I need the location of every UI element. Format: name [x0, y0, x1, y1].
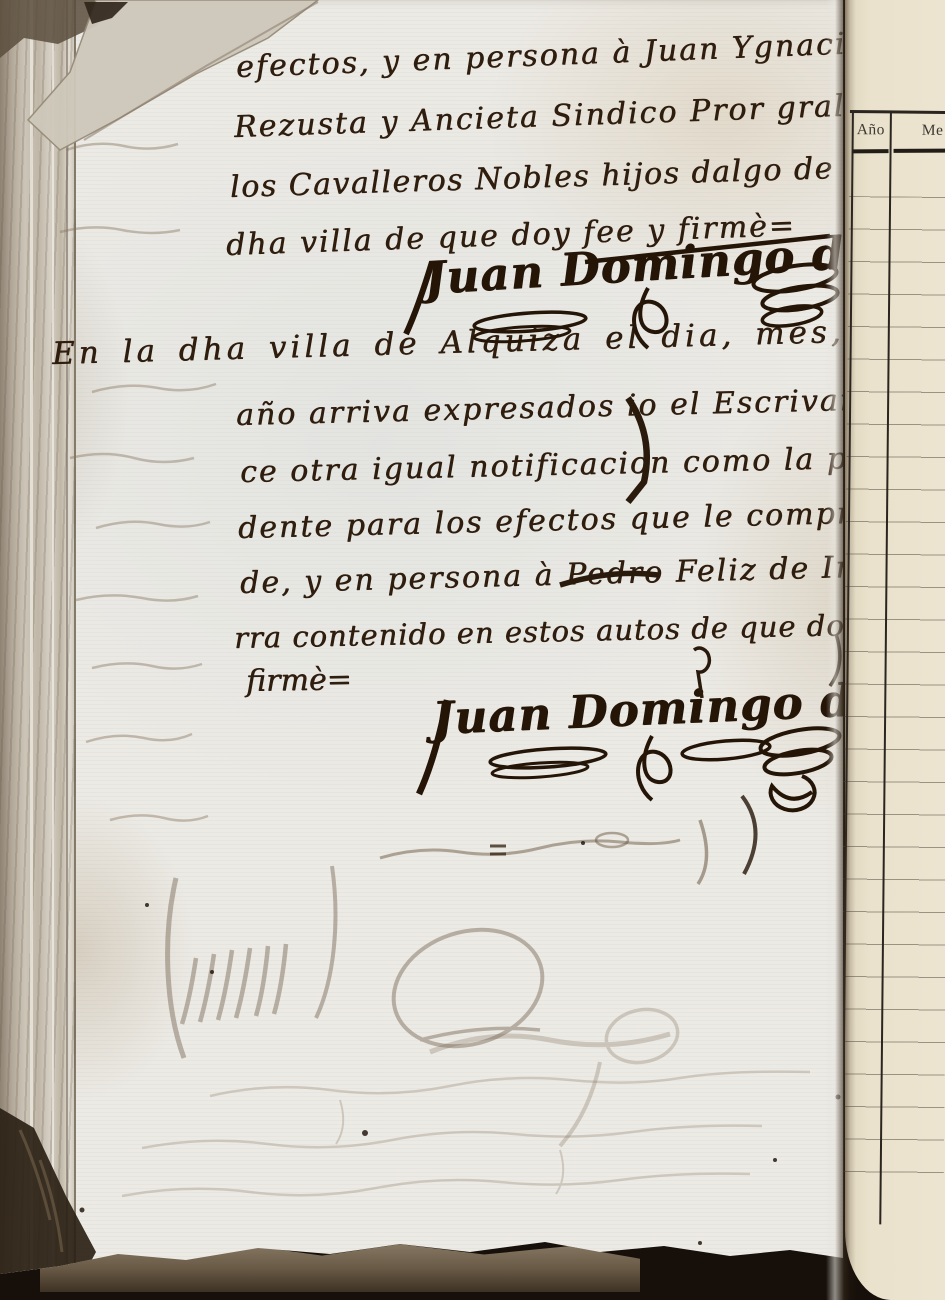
bleedthrough-signature-small: [430, 1003, 683, 1146]
bleedthrough-paragraph: [122, 1072, 810, 1196]
scanned-manuscript-spread: Año Me efectos, y en persona à Juan Ygna…: [0, 0, 945, 1300]
ledger-header-underline-right: [894, 149, 945, 153]
ink-flourishes-and-stains: [0, 0, 843, 1300]
manuscript-page: efectos, y en persona à Juan Ygnacio de …: [0, 0, 843, 1300]
ink-strokes: [560, 398, 840, 698]
ledger-row-lines: [840, 196, 945, 1193]
ledger-top-rule: [850, 110, 945, 114]
ledger-table: Año Me: [833, 0, 945, 1300]
bleedthrough-line: [380, 820, 707, 884]
ledger-header-underline-left: [853, 149, 889, 153]
signature-rubric-1: [406, 236, 839, 348]
ledger-month-column-header: Me: [922, 122, 944, 140]
ledger-year-column-header: Año: [857, 121, 885, 139]
torn-corner-top-left: [0, 0, 318, 150]
bleedthrough-margin-text: [60, 144, 216, 821]
signature-rubric-2: [419, 700, 841, 874]
